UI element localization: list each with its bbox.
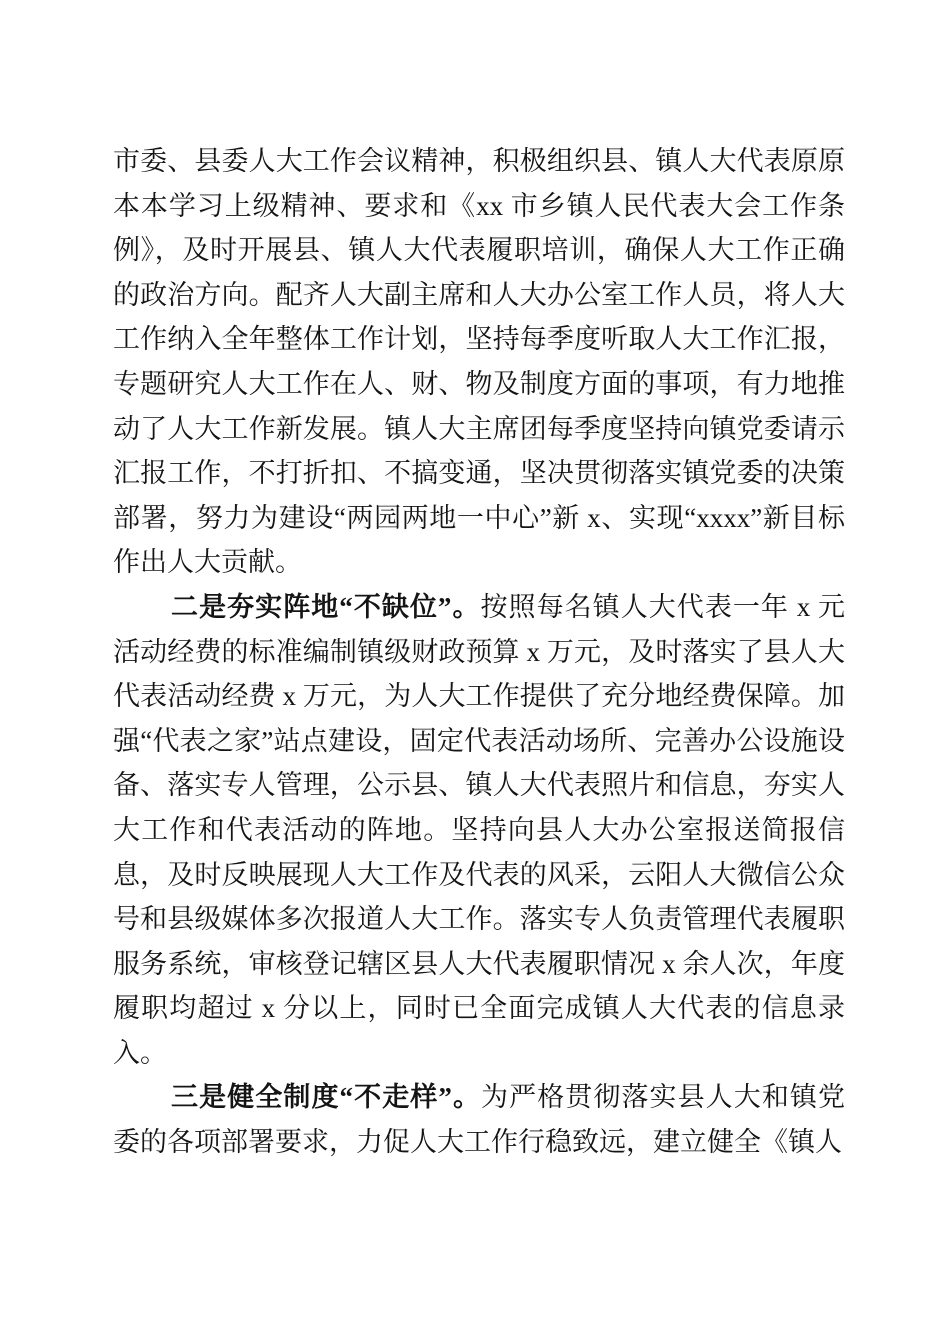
document-body: 市委、县委人大工作会议精神，积极组织县、镇人大代表原原本本学习上级精神、要求和《… [113,139,845,1165]
paragraph-3-lead: 三是健全制度“不走样”。 [171,1082,481,1112]
paragraph-2: 二是夯实阵地“不缺位”。按照每名镇人大代表一年 x 元活动经费的标准编制镇级财政… [113,585,845,1076]
paragraph-2-lead: 二是夯实阵地“不缺位”。 [171,592,480,622]
paragraph-2-text: 按照每名镇人大代表一年 x 元活动经费的标准编制镇级财政预算 x 万元，及时落实… [113,592,845,1068]
paragraph-3: 三是健全制度“不走样”。为严格贯彻落实县人大和镇党委的各项部署要求，力促人大工作… [113,1075,845,1164]
document-page: 市委、县委人大工作会议精神，积极组织县、镇人大代表原原本本学习上级精神、要求和《… [0,0,950,1344]
paragraph-1-text: 市委、县委人大工作会议精神，积极组织县、镇人大代表原原本本学习上级精神、要求和《… [113,146,845,577]
paragraph-1: 市委、县委人大工作会议精神，积极组织县、镇人大代表原原本本学习上级精神、要求和《… [113,139,845,585]
